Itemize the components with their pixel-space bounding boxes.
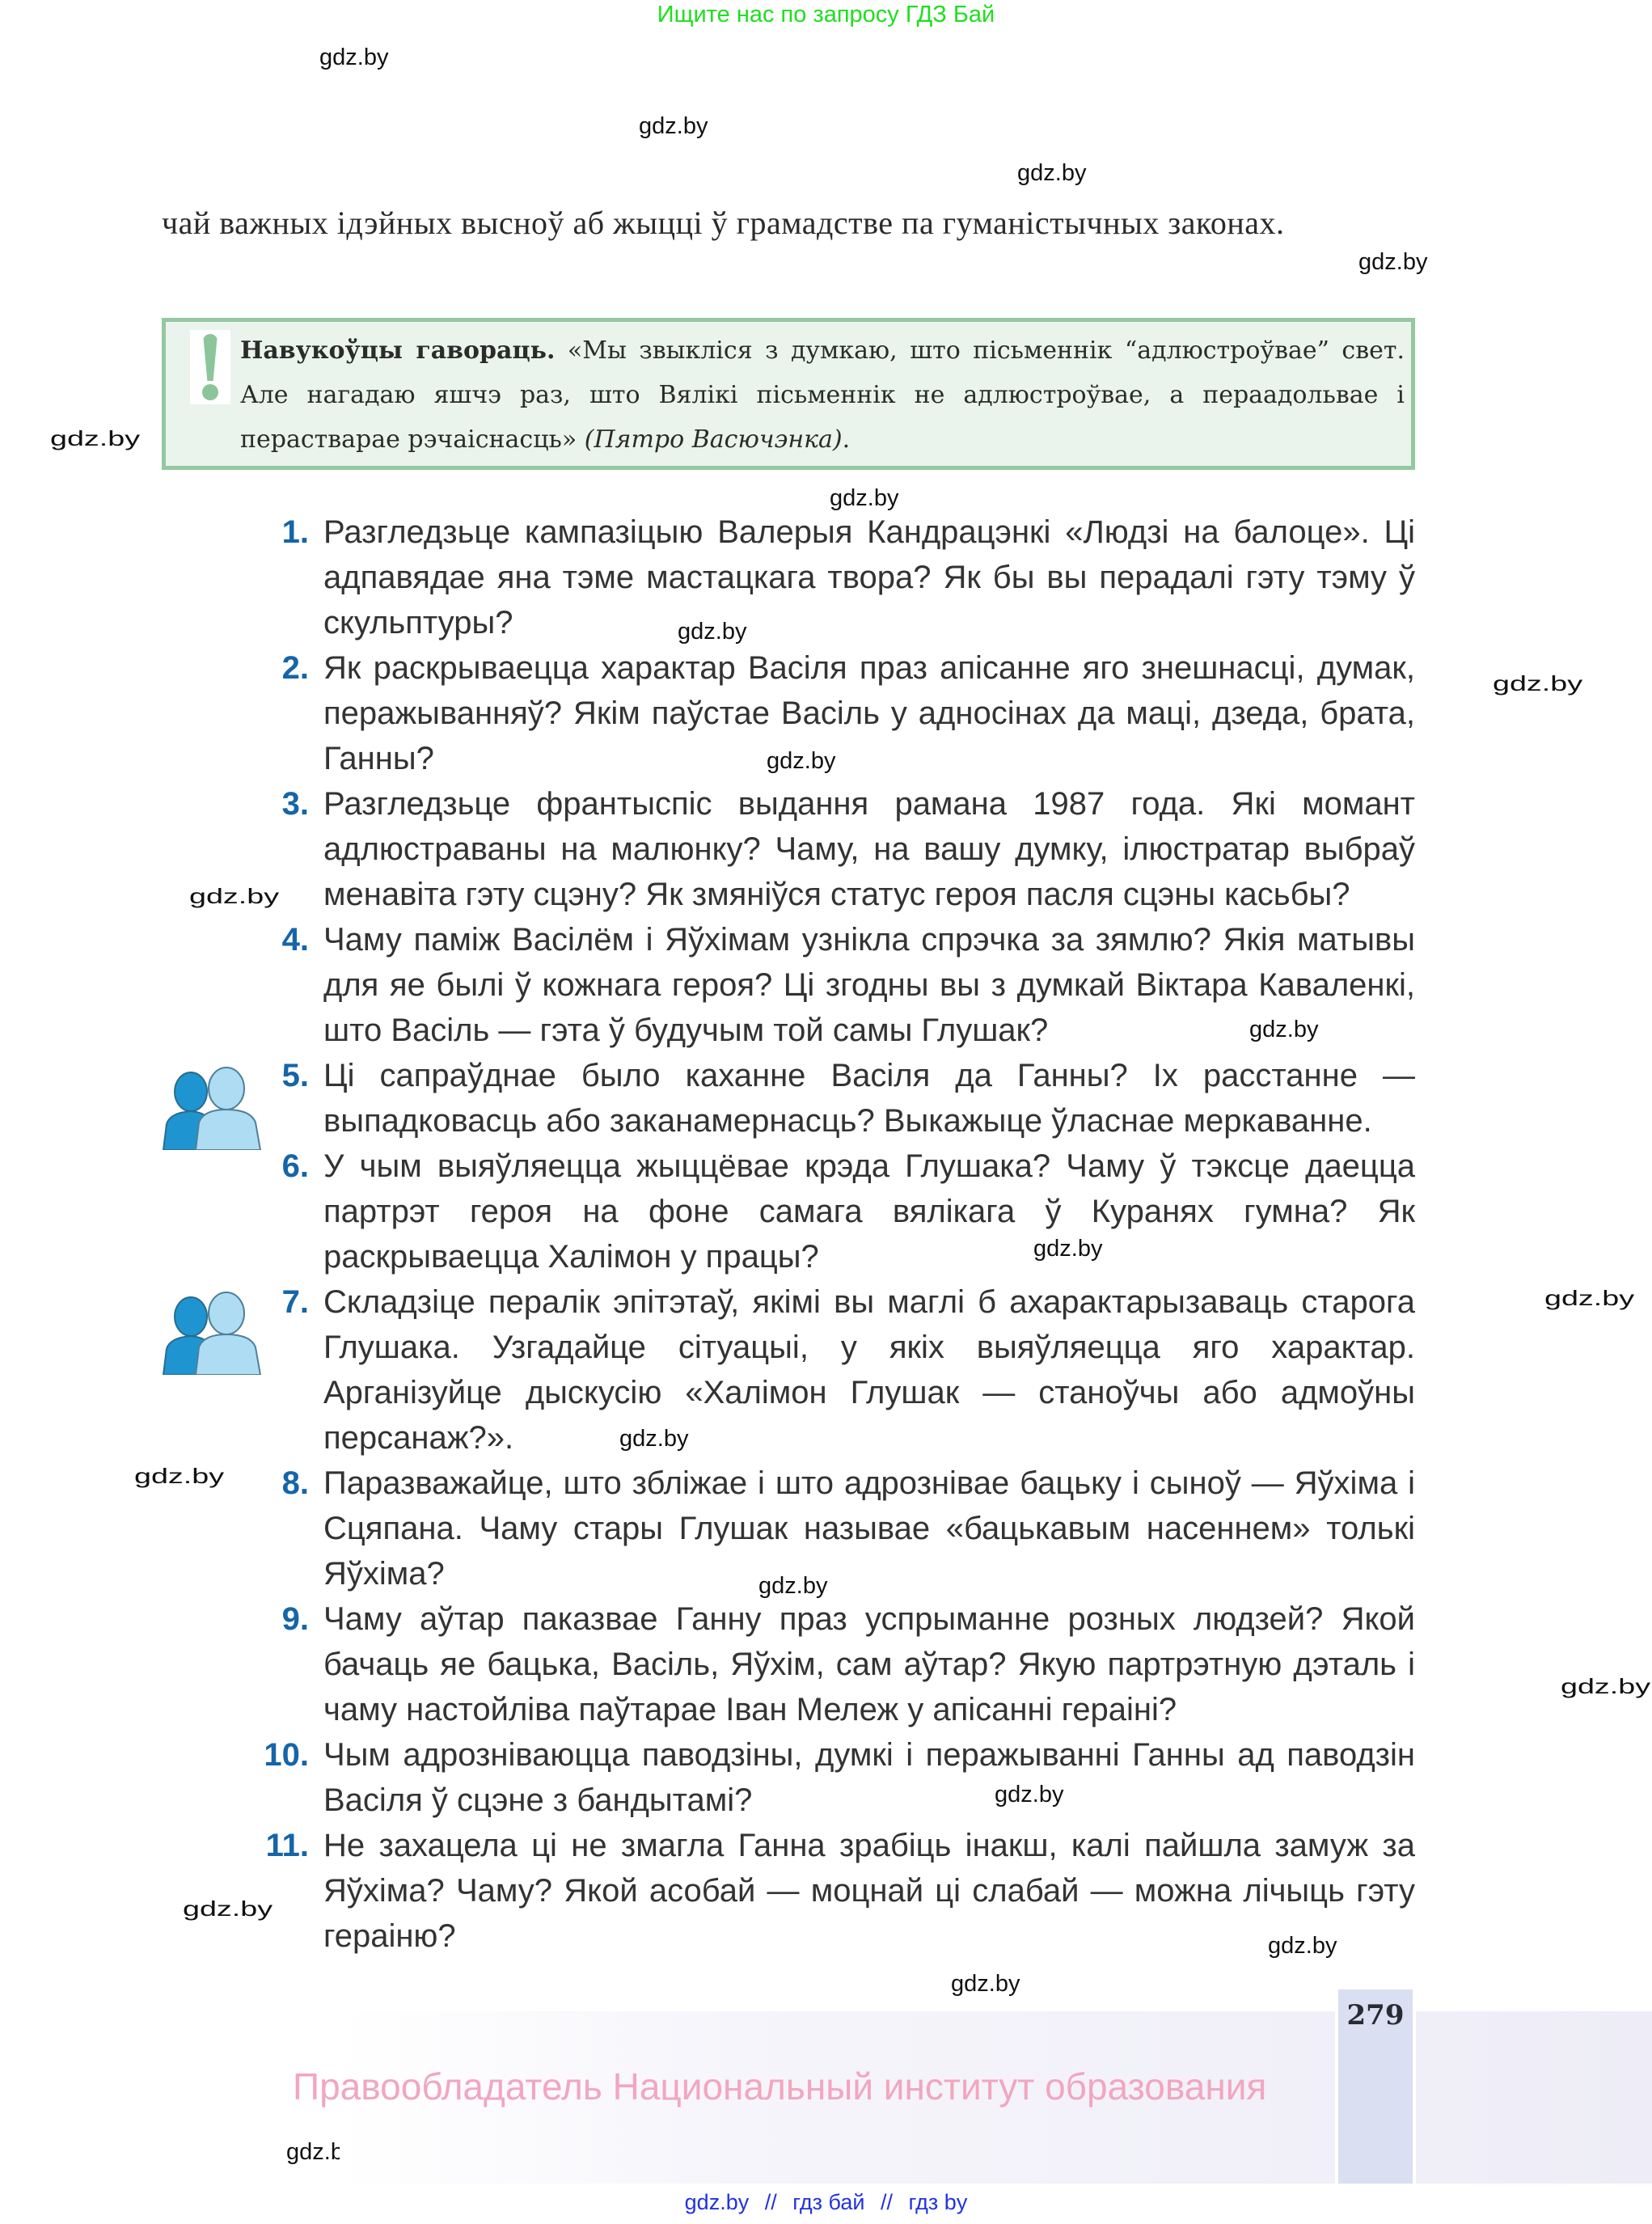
question-item: 5.Ці сапраўднае было каханне Васіля да Г… bbox=[259, 1053, 1415, 1144]
question-item: 4.Чаму паміж Васілём і Яўхімам узнікла с… bbox=[259, 917, 1415, 1053]
page-number-tab: 279 bbox=[1338, 1989, 1413, 2184]
question-number: 2. bbox=[259, 645, 309, 691]
pair-work-icon bbox=[158, 1291, 265, 1375]
questions-list: 1.Разгледзьце кампазіцыю Валерыя Кандрац… bbox=[259, 509, 1415, 1959]
quote-author: (Пятро Васючэнка) bbox=[585, 425, 843, 454]
watermark: gdz.by bbox=[1561, 1674, 1650, 1699]
link-separator: // bbox=[881, 2190, 893, 2214]
question-text: Паразважайце, што збліжае і што адрознів… bbox=[323, 1465, 1415, 1592]
question-number: 6. bbox=[259, 1144, 309, 1189]
watermark: gdz.by bbox=[830, 485, 898, 512]
question-number: 10. bbox=[259, 1732, 309, 1778]
search-banner: Ищите нас по запросу ГДЗ Бай bbox=[0, 2, 1652, 28]
link-gdz-by[interactable]: gdz.by bbox=[685, 2190, 750, 2214]
question-item: 8.Паразважайце, што збліжае і што адрозн… bbox=[259, 1461, 1415, 1596]
link-gdz-bai[interactable]: гдз бай bbox=[792, 2190, 864, 2214]
question-number: 11. bbox=[259, 1823, 309, 1868]
question-text: Складзіце пералік эпітэтаў, якімі вы маг… bbox=[323, 1284, 1415, 1456]
question-text: Не захацела ці не змагла Ганна зрабіць і… bbox=[323, 1828, 1415, 1954]
link-separator: // bbox=[765, 2190, 777, 2214]
watermark: gdz.by bbox=[50, 426, 140, 451]
footer-divider bbox=[1413, 2011, 1416, 2184]
question-item: 2.Як раскрываецца характар Васіля праз а… bbox=[259, 645, 1415, 781]
quote-label: Навукоўцы гавораць. bbox=[240, 336, 555, 365]
question-number: 3. bbox=[259, 781, 309, 827]
question-number: 1. bbox=[259, 509, 309, 555]
question-text: Чаму паміж Васілём і Яўхімам узнікла спр… bbox=[323, 922, 1415, 1048]
pair-work-icon bbox=[158, 1066, 265, 1150]
watermark: gdz.by bbox=[1358, 249, 1427, 276]
question-number: 7. bbox=[259, 1279, 309, 1325]
watermark: gdz.by bbox=[319, 44, 388, 71]
watermark: gdz.by bbox=[1017, 160, 1086, 187]
question-item: 9.Чаму аўтар паказвае Ганну праз успрыма… bbox=[259, 1596, 1415, 1732]
watermark: gdz.by bbox=[1493, 671, 1582, 696]
exclamation-icon bbox=[190, 330, 230, 404]
watermark: gdz.by bbox=[1544, 1286, 1634, 1311]
question-text: Чаму аўтар паказвае Ганну праз успрыманн… bbox=[323, 1601, 1415, 1727]
question-number: 8. bbox=[259, 1461, 309, 1506]
question-number: 9. bbox=[259, 1596, 309, 1642]
question-text: У чым выяўляецца жыццёвае крэда Глушака?… bbox=[323, 1148, 1415, 1275]
question-text: Чым адрозніваюцца паводзіны, думкі і пер… bbox=[323, 1737, 1415, 1818]
question-item: 3.Разгледзьце франтыспіс выдання рамана … bbox=[259, 781, 1415, 917]
question-item: 1.Разгледзьце кампазіцыю Валерыя Кандрац… bbox=[259, 509, 1415, 645]
question-text: Разгледзьце кампазіцыю Валерыя Кандрацэн… bbox=[323, 514, 1415, 641]
link-gdz-by-alt[interactable]: гдз by bbox=[909, 2190, 968, 2214]
question-number: 5. bbox=[259, 1053, 309, 1098]
question-item: 7.Складзіце пералік эпітэтаў, якімі вы м… bbox=[259, 1279, 1415, 1461]
watermark: gdz.by bbox=[951, 1971, 1020, 1998]
rights-holder-notice: Правообладатель Национальный институт об… bbox=[293, 2065, 1266, 2108]
page-number: 279 bbox=[1338, 1999, 1413, 2032]
scholars-quote-box: Навукоўцы гавораць. «Мы звыкліся з думка… bbox=[162, 318, 1415, 470]
question-text: Як раскрываецца характар Васіля праз апі… bbox=[323, 650, 1415, 776]
quote-end: . bbox=[843, 425, 851, 454]
question-item: 10.Чым адрозніваюцца паводзіны, думкі і … bbox=[259, 1732, 1415, 1823]
question-item: 11.Не захацела ці не змагла Ганна зрабіц… bbox=[259, 1823, 1415, 1959]
question-text: Ці сапраўднае было каханне Васіля да Ган… bbox=[323, 1058, 1415, 1139]
quote-text: Навукоўцы гавораць. «Мы звыкліся з думка… bbox=[240, 328, 1405, 462]
lead-paragraph: чай важных ідэйных высноў аб жыцці ў гра… bbox=[162, 201, 1415, 246]
watermark: gdz.by bbox=[134, 1464, 224, 1489]
watermark: gdz.by bbox=[639, 113, 708, 140]
question-text: Разгледзьце франтыспіс выдання рамана 19… bbox=[323, 786, 1415, 912]
question-item: 6.У чым выяўляецца жыццёвае крэда Глушак… bbox=[259, 1144, 1415, 1279]
question-number: 4. bbox=[259, 917, 309, 962]
bottom-links: gdz.by // гдз бай // гдз by bbox=[0, 2190, 1652, 2215]
